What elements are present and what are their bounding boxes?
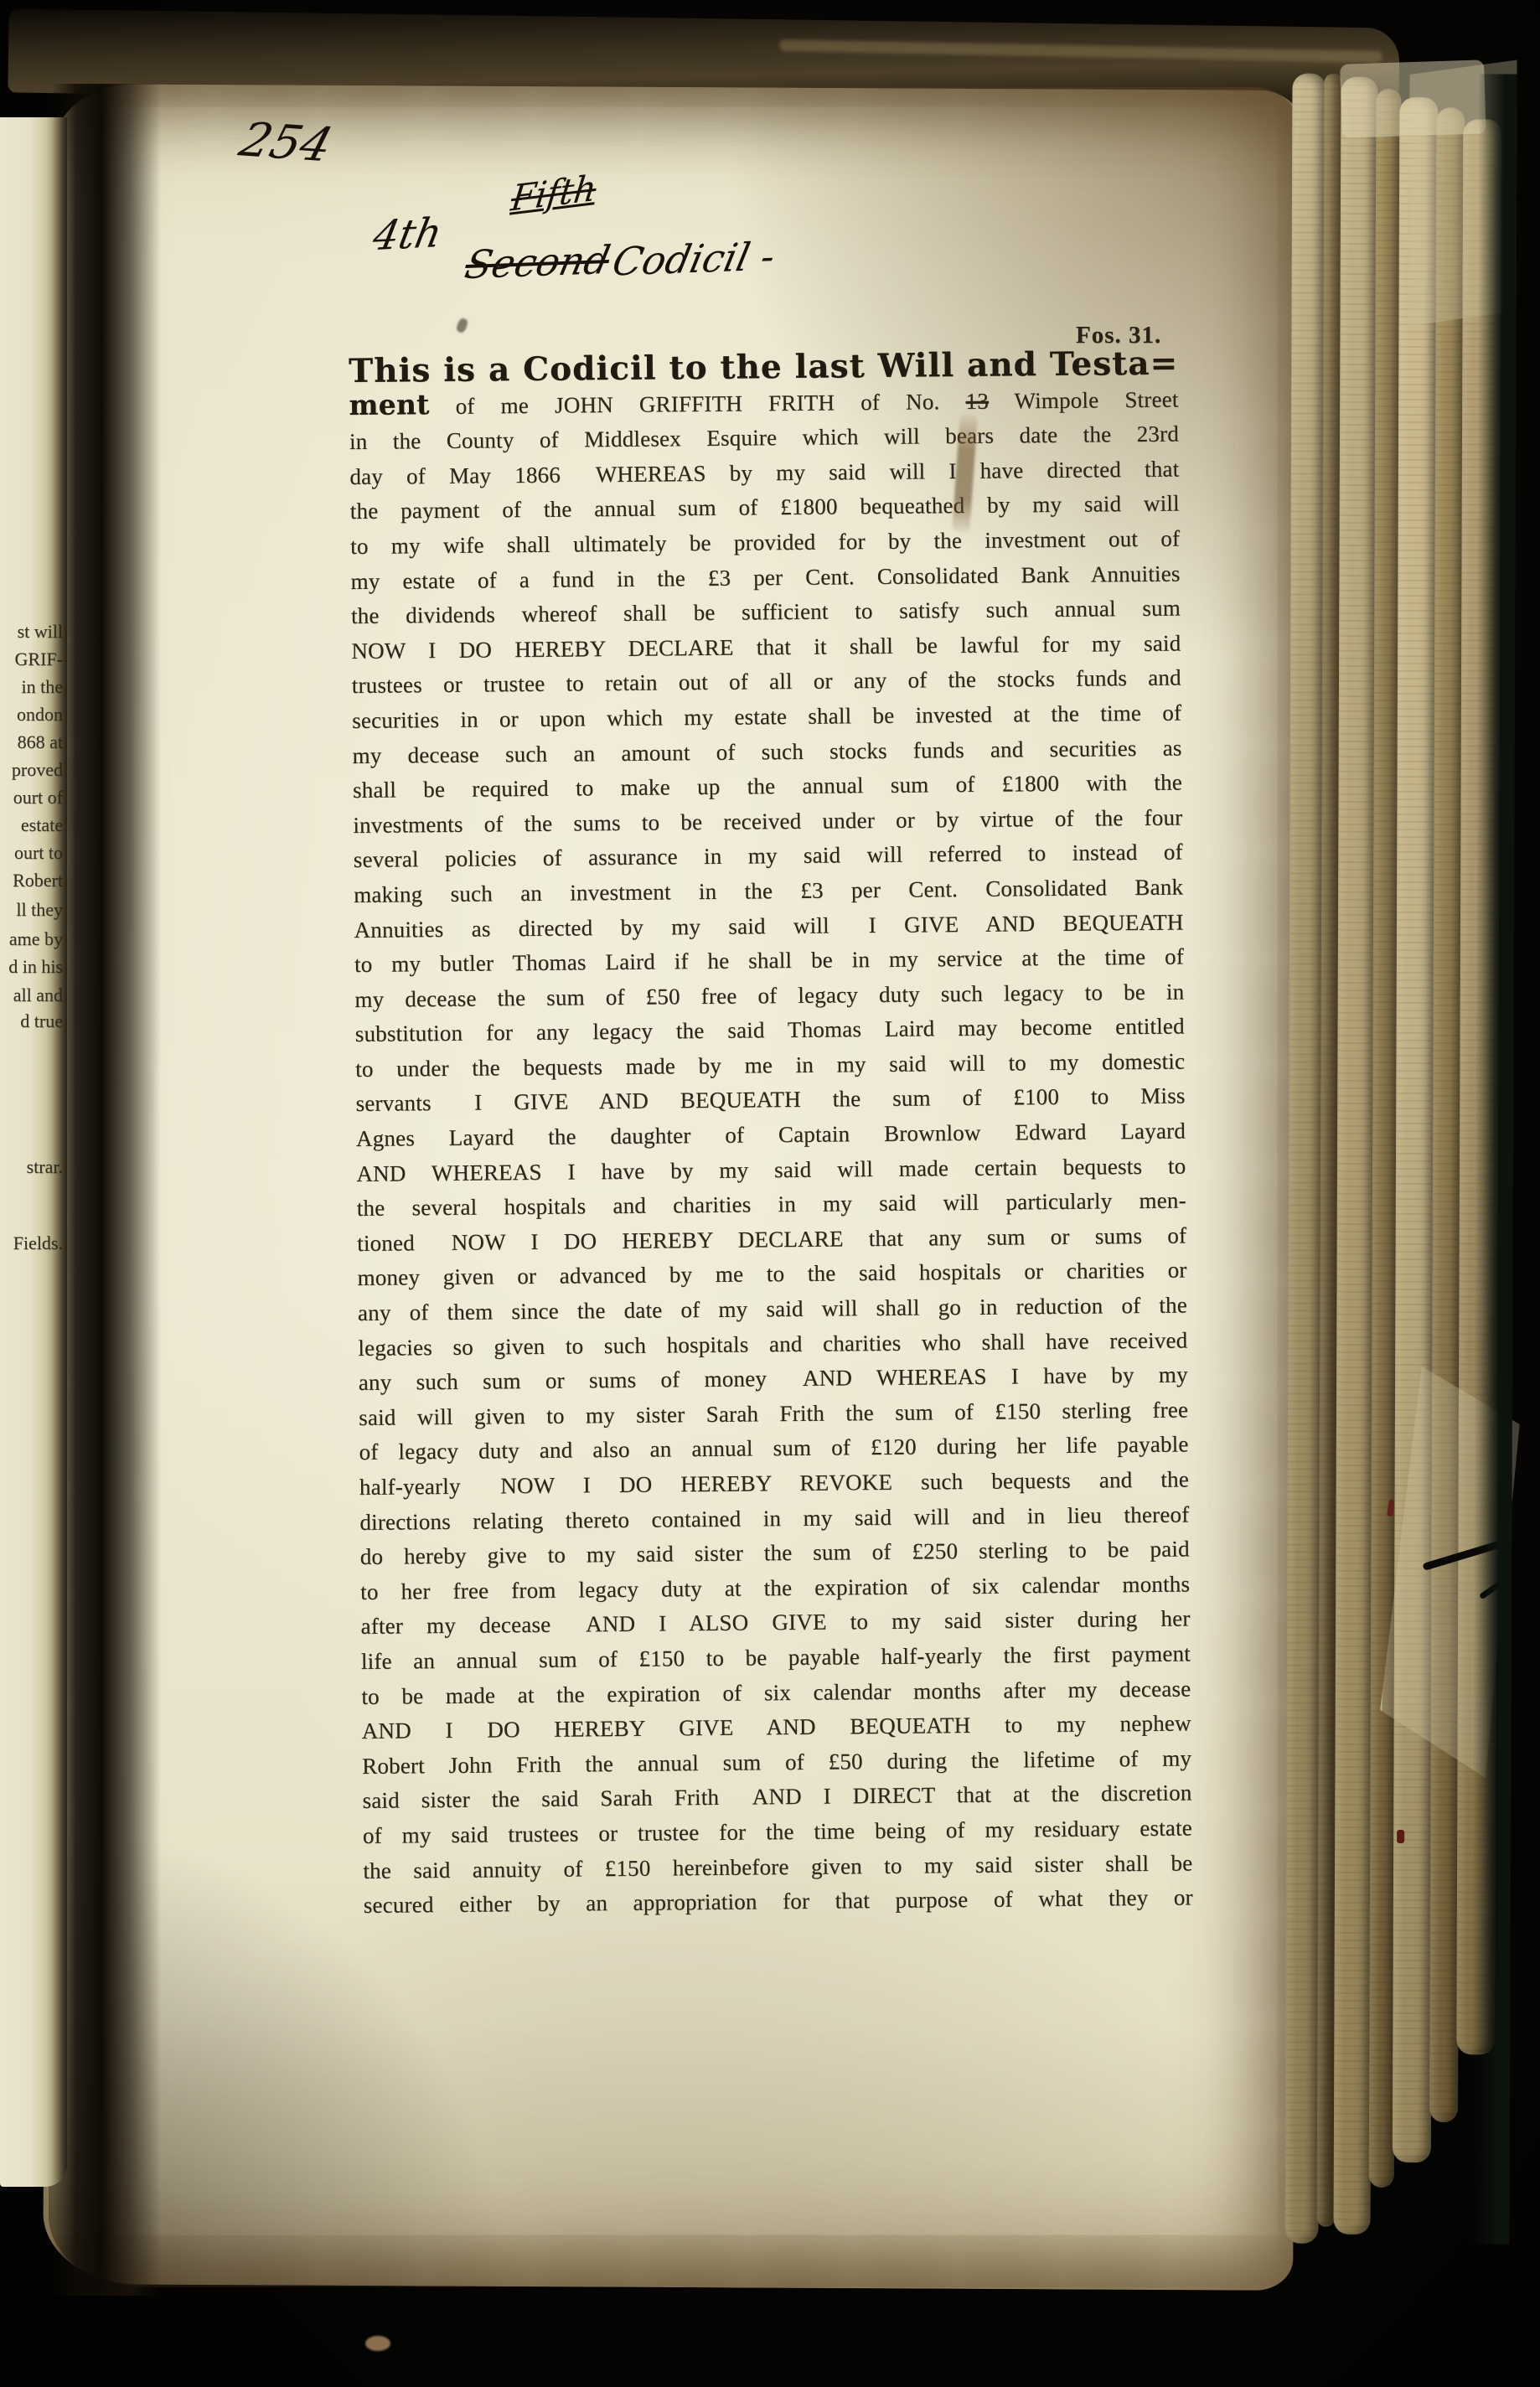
backdrop-shadow xyxy=(1470,74,1517,2244)
book-photo-scene: st willGRIF-in theondon868 atprovedourt … xyxy=(0,0,1540,2387)
gutter-shadow xyxy=(52,84,161,2296)
codicil-text: This is a Codicil to the last Will and T… xyxy=(349,347,1193,1923)
handwritten-page-number: 254 xyxy=(234,113,338,173)
handwritten-crossed-out-second: Second xyxy=(461,237,614,287)
red-speck xyxy=(1397,1830,1404,1843)
debris-speck xyxy=(365,2336,390,2351)
fore-edge-stack xyxy=(1284,74,1517,2245)
handwritten-ordinal: 4th xyxy=(369,209,447,261)
handwritten-codicil-word: Codicil - xyxy=(608,233,779,284)
